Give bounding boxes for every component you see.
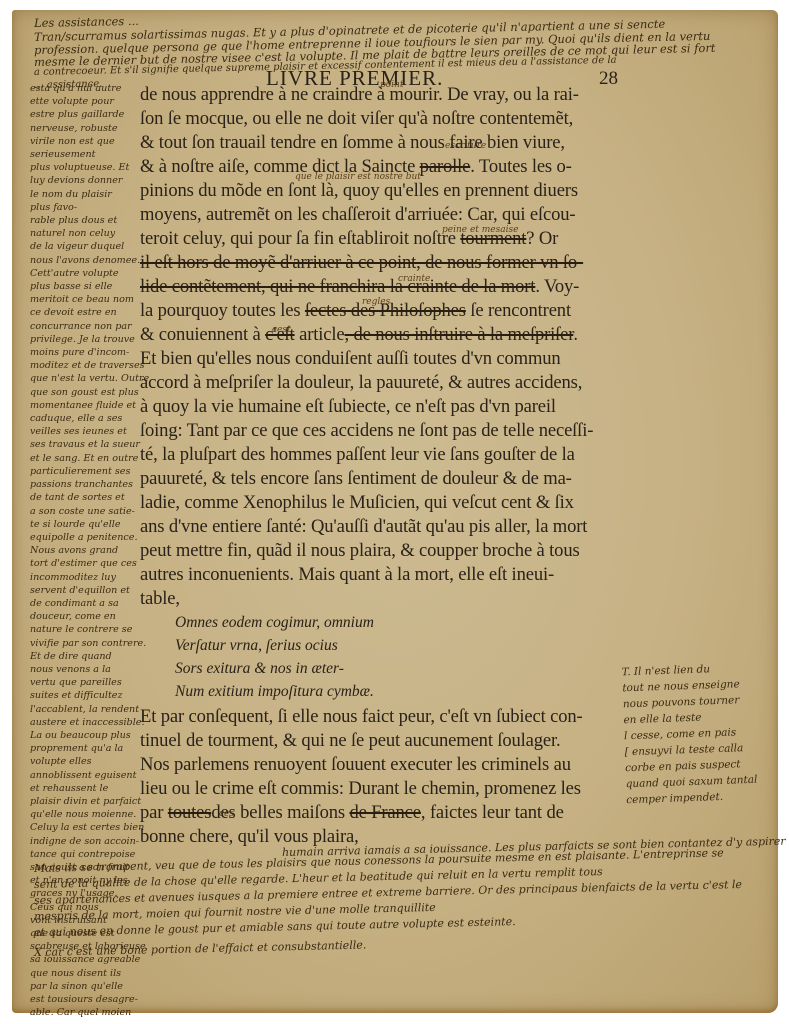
verse-line: Num exitium impoſitura cymbæ.: [175, 683, 374, 701]
verse-line: Verſatur vrna, ſerius ocius: [175, 637, 338, 655]
struck-text: lide contẽtement, qui ne franchira la cr…: [140, 276, 535, 297]
body-line: ladie, comme Xenophilus le Muſicien, qui…: [140, 492, 574, 514]
struck-text: tourment: [460, 228, 526, 249]
body-line: té, la pluſpart des hommes paſſent leur …: [140, 444, 575, 466]
body-line: pauureté, & tels encore ſans ſentiment d…: [140, 468, 572, 490]
right-margin-annotation: T. Il n'est lien du tout ne nous enseign…: [622, 660, 759, 809]
body-line: par toutesdes belles maiſons de France, …: [140, 802, 564, 824]
struck-text: toutes: [168, 802, 212, 823]
struck-text: ſectes des Philoſophes: [305, 300, 466, 321]
page-number: 28: [599, 68, 618, 90]
body-line: peut mettre fin, quãd il nous plaira, & …: [140, 540, 580, 562]
body-line: ſoing: Tant par ce que ces accidens ne ſ…: [140, 420, 593, 442]
verse-line: Sors exitura & nos in æter-: [175, 660, 344, 678]
struck-text: de France: [349, 802, 420, 823]
body-line: Nos parlemens renuoyent ſouuent executer…: [140, 754, 571, 776]
struck-text: c'eſt: [265, 324, 294, 345]
body-line: teroit celuy, qui pour ſa fin eſtabliroi…: [140, 228, 558, 250]
body-line: la pourquoy toutes les ſectes des Philoſ…: [140, 300, 571, 322]
body-line: moyens, autremẽt on les chaſſeroit d'arr…: [140, 204, 575, 226]
body-line: & conuiennent à c'eſt article, de nous i…: [140, 324, 578, 346]
body-line: lieu ou le crime eſt commis: Durant le c…: [140, 778, 581, 800]
body-line: tinuel de tourment, & qui ne ſe peut auc…: [140, 730, 561, 752]
body-line: autres inconuenients. Mais quant à la mo…: [140, 564, 554, 586]
body-line: ans d'vne entiere ſanté: Qu'auſſi d'autã…: [140, 516, 587, 538]
book-page: Les assistances ... Tran/scurramus solar…: [12, 10, 778, 1013]
struck-text: , de nous inſtruire à la meſpriſer: [345, 324, 574, 345]
body-line: & tout ſon trauail tendre en ſomme à nou…: [140, 132, 565, 154]
body-line: accord à meſpriſer la douleur, la pauure…: [140, 372, 582, 394]
body-line: à quoy la vie humaine eſt ſubiecte, ce n…: [140, 396, 556, 418]
struck-text: parolle: [420, 156, 471, 177]
body-line: de nous apprendre à ne craindre à mourir…: [140, 84, 579, 106]
body-line: lide contẽtement, qui ne franchira la cr…: [140, 276, 579, 298]
body-line: pinions du mõde en ſont là, quoy qu'elle…: [140, 180, 578, 202]
body-line: il eſt hors de moyẽ d'arriuer à ce point…: [140, 252, 583, 274]
body-line: Et par conſequent, ſi elle nous faict pe…: [140, 706, 583, 728]
body-line: Et bien qu'elles nous conduiſent auſſi t…: [140, 348, 561, 370]
body-line: ſon ſe mocque, ou elle ne doit viſer qu'…: [140, 108, 573, 130]
body-line: & à noſtre aiſe, comme dict la Saincte p…: [140, 156, 572, 178]
struck-text: il eſt hors de moyẽ d'arriuer à ce point…: [140, 252, 583, 273]
verse-line: Omnes eodem cogimur, omnium: [175, 614, 374, 632]
